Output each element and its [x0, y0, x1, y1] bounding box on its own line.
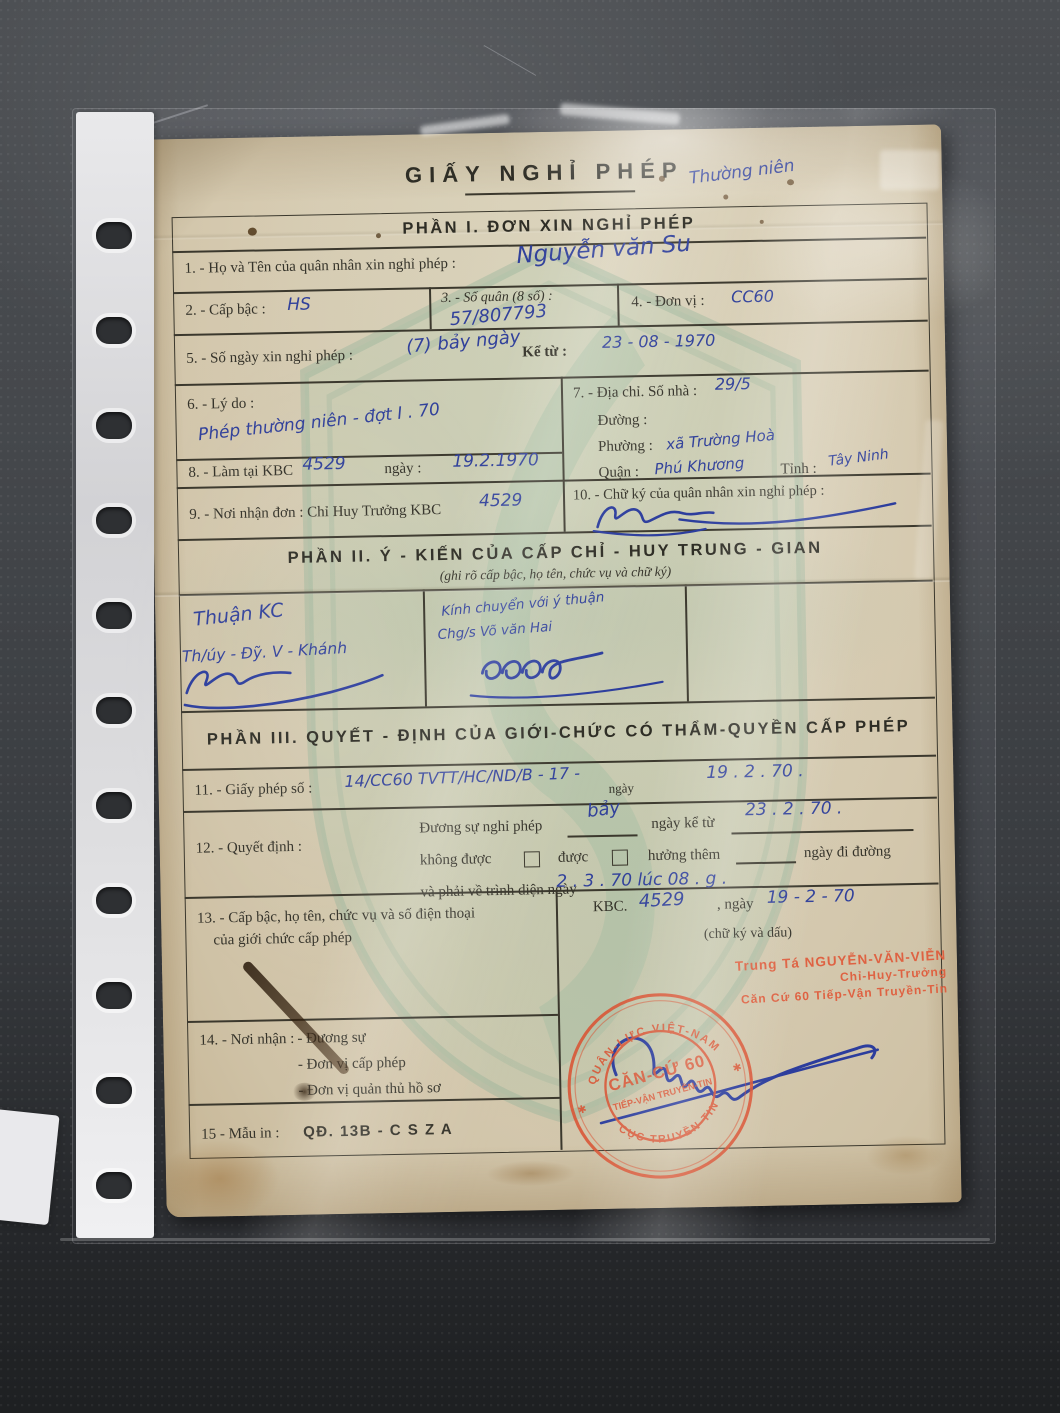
sleeve-bottom-edge: [60, 1238, 990, 1241]
field2-label: 2. - Cấp bậc :: [185, 301, 266, 320]
field12-from-date-value: 23 . 2 . 70 .: [745, 798, 843, 820]
document-title: GIẤY NGHỈ PHÉP: [147, 152, 942, 193]
field7-district-label: Quận :: [598, 464, 639, 482]
field7-ward-label: Phường :: [598, 438, 653, 456]
hair-strand: [484, 45, 536, 76]
svg-text:✱: ✱: [731, 1061, 743, 1075]
field13-date-value: 19 - 2 - 70: [767, 886, 855, 908]
field12-not-allowed-label: không được: [420, 851, 492, 869]
field12-label: 12. - Quyết định :: [196, 839, 303, 858]
field9-value: 4529: [479, 490, 523, 511]
field8-date-value: 19.2.1970: [452, 450, 539, 472]
field15-label: 15 - Mẫu in :: [201, 1125, 280, 1144]
binder-hole: [96, 697, 132, 724]
svg-text:✱: ✱: [576, 1103, 588, 1117]
field4-label: 4. - Đơn vị :: [631, 293, 705, 311]
intermediate-signature-left: [178, 655, 391, 713]
binder-hole: [96, 1077, 132, 1104]
applicant-signature: [583, 491, 906, 539]
intermediate-signature-middle: [454, 636, 673, 704]
field12-text-b: ngày kể từ: [651, 815, 714, 833]
field8-day-label: ngày :: [384, 460, 421, 478]
field6-label: 6. - Lý do :: [187, 396, 254, 414]
field7-province-label: Tỉnh :: [780, 461, 817, 479]
edge-age-stain: [486, 1160, 576, 1188]
binder-hole: [96, 507, 132, 534]
field12-report-label: và phải về trình diện ngày: [420, 882, 577, 902]
field14-item3: - Đơn vị quản thủ hồ sơ: [298, 1080, 441, 1100]
field11-label: 11. - Giấy phép số :: [194, 781, 312, 800]
field15-value: QĐ. 13B - C S Z A: [303, 1121, 453, 1141]
field11-day-label: ngày: [608, 780, 634, 796]
binder-hole: [96, 1172, 132, 1199]
binder-hole: [96, 982, 132, 1009]
leave-permit-document: GIẤY NGHỈ PHÉP Thường niên PHẦN I. ĐƠN X…: [146, 124, 962, 1217]
field4-value: CC60: [731, 287, 774, 307]
allowed-checkbox: [612, 850, 628, 866]
field12-report-value: 2 . 3 . 70 lúc 08 . g .: [556, 869, 727, 892]
binder-hole: [96, 317, 132, 344]
field11-date-value: 19 . 2 . 70 .: [706, 761, 804, 783]
field12-days-value: bảy: [586, 797, 621, 822]
field13-kbc-label: KBC.: [593, 899, 628, 917]
field12-travel-days-label: ngày đi đường: [804, 843, 891, 862]
field5-label: 5. - Số ngày xin nghỉ phép :: [186, 348, 353, 368]
not-allowed-checkbox: [524, 851, 540, 867]
field2-value: HS: [287, 294, 311, 314]
binder-hole: [96, 412, 132, 439]
binder-strip: [76, 112, 154, 1238]
speck-stain: [723, 194, 728, 199]
field13-kbc-value: 4529: [638, 889, 685, 912]
field12-extra-label: hưởng thêm: [648, 847, 721, 865]
field14-item1: - Đương sự: [297, 1030, 366, 1048]
binder-hole: [96, 792, 132, 819]
field5-kefu-label: Kể từ :: [522, 344, 567, 362]
field12-allowed-label: được: [558, 849, 589, 867]
field7-number-value: 29/5: [715, 374, 751, 394]
binder-hole: [96, 222, 132, 249]
field8-label: 8. - Làm tại KBC: [188, 463, 293, 482]
binder-hole: [96, 887, 132, 914]
field14-label: 14. - Nơi nhận :: [199, 1031, 294, 1050]
field8-kbc-value: 4529: [302, 454, 346, 475]
field13-label-line2: của giới chức cấp phép: [213, 930, 352, 950]
title-underline: [465, 190, 635, 195]
field7-label: 7. - Địa chỉ. Số nhà :: [573, 383, 697, 402]
field7-street-label: Đường :: [597, 412, 647, 430]
field5-date-value: 23 - 08 - 1970: [602, 331, 716, 352]
field14-item2: - Đơn vị cấp phép: [298, 1055, 406, 1074]
binder-hole: [96, 602, 132, 629]
field13-date-label: , ngày: [717, 896, 754, 914]
field12-text-a: Đương sự nghỉ phép: [419, 818, 542, 837]
